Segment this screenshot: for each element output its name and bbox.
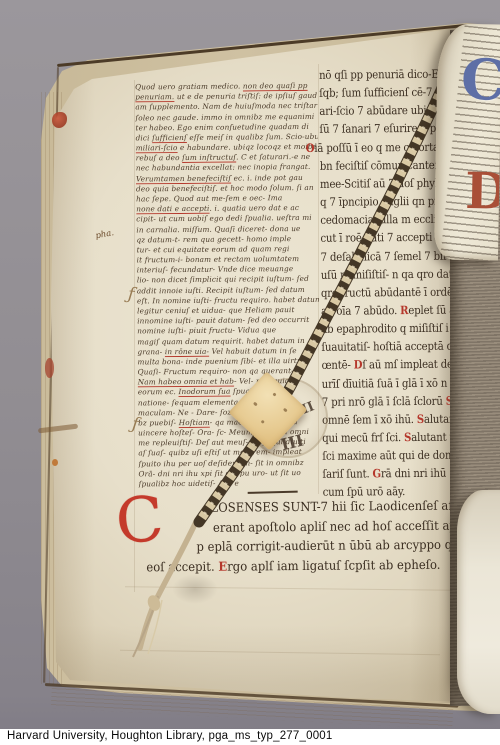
main-text-line: aū oīa 7 abūdo. Replet ſū ac	[321, 303, 445, 321]
manuscript-photo-viewer: C pha. ƒ ƒ Quod uero gratiam medico. non…	[0, 0, 500, 745]
big-red-initial: C	[114, 489, 166, 553]
caption-text: Harvard University, Houghton Library, pg…	[7, 730, 332, 742]
main-text-line: qui mecū frſ ſci. Salutant u	[322, 430, 446, 448]
main-text-line: ſqb; ſum ſufficienſ cē-7 ſc abu	[319, 85, 443, 103]
main-text-line: 7 deſalonicā 7 ſemel 7 biſ in	[321, 248, 445, 266]
bottom-text-line: eoſ accepit. Ergo aplſ iam ligatuſ ſcpſi…	[120, 556, 467, 578]
facing-page-bottom-curl	[457, 490, 500, 714]
main-text-line: Oiā poſſū ī eo q me cōfortat Veri	[306, 139, 430, 157]
margin-note: pha.	[95, 228, 115, 241]
main-text-line: urīſ dīuitiā ſuā ī glā ī xō n	[322, 375, 446, 393]
main-text-line: ſariſ ſunt. Grā dni nri ihū	[322, 466, 446, 484]
nota-mark-1: ƒ	[127, 284, 135, 305]
main-text-line: cut ī roē dati 7 accepti n uoſ ſ	[320, 230, 444, 248]
main-text-line: uſū m miſiſtiſ- n qa qro datū- ſ	[321, 266, 445, 284]
main-text-line: qro fructū abūdantē ī ordē uri t	[321, 285, 445, 303]
main-text-line: ari-ſcio 7 abūdare ubiq; oib; n	[319, 103, 443, 121]
main-text-line: omnē ſem ī xō ihū. Salutant	[322, 412, 446, 430]
main-text-line: œntē- Dſ aū mſ impleat deſ	[322, 357, 446, 375]
main-text-line: nō qſi pp penuriā dico-Ego id	[319, 67, 443, 85]
main-text-line: bn feciſtiſ cōmunicanteſ tbula	[320, 157, 444, 175]
main-text-line: mee-Scitiſ aū 7 uoſ phylipen	[320, 176, 444, 194]
facing-page-curl: C D	[434, 23, 500, 260]
main-text-line: ſci maxime aūt qui de dom	[322, 448, 446, 466]
tab-speck	[253, 402, 258, 407]
manuscript-text: C pha. ƒ ƒ Quod uero gratiam medico. non…	[0, 0, 500, 745]
line-filler-dash	[248, 491, 298, 494]
tab-speck	[283, 408, 288, 413]
main-text-line: ſū 7 ſanari 7 eſurire 7 penuriā	[319, 121, 443, 139]
facing-page-red-initial: D	[465, 166, 500, 217]
main-text-line: cedomacia- ulla m ecclia cōmi	[320, 212, 444, 230]
main-text-line: ab epaphrodito q miſiſtiſ i	[321, 321, 445, 339]
tab-speck	[273, 392, 277, 396]
caption-bar: Harvard University, Houghton Library, pg…	[0, 729, 500, 745]
main-text-line: ſuauitatiſ- hoſtiā acceptā dō	[321, 339, 445, 357]
tab-speck	[261, 420, 265, 424]
main-text-line: q 7 īpncipio euglii qn pfect ſū	[320, 194, 444, 212]
gloss-text-line: ſpualibz hoc uidetiſ- Aoz e	[139, 478, 321, 490]
main-text-line: 7 pri nrō glā ī ſclā ſclorū Sa	[322, 393, 446, 411]
facing-page-blue-initial: C	[461, 52, 500, 109]
